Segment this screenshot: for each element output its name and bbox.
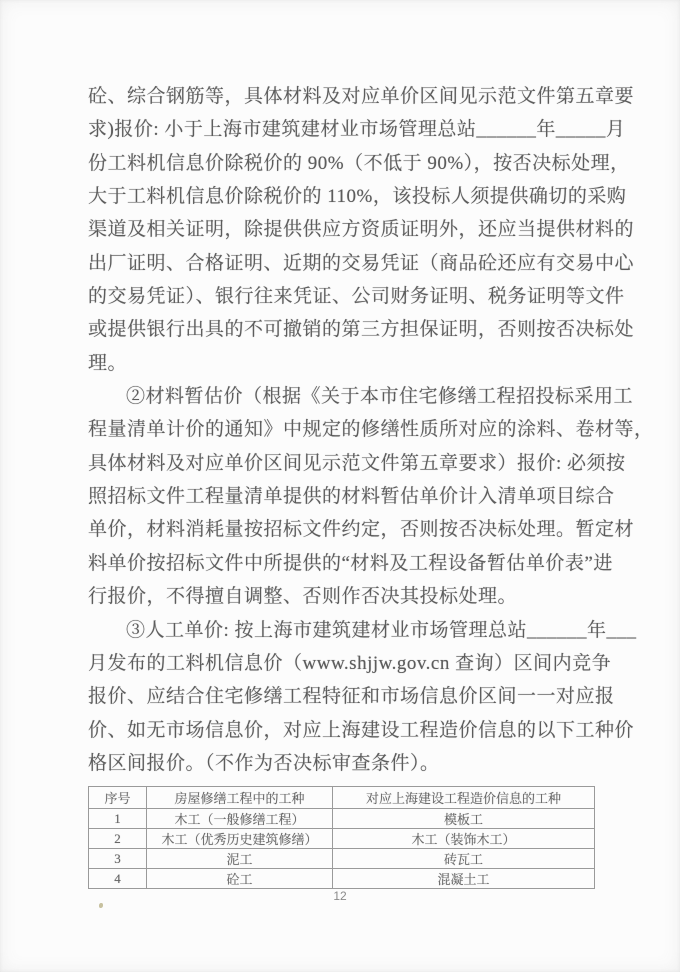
text-line: ③人工单价: 按上海市建筑建材业市场管理总站______年___ (88, 614, 592, 647)
text-line: 价、如无市场信息价，对应上海建设工程造价信息的以下工种价 (88, 714, 592, 747)
table-row: 3 泥工 砖瓦工 (89, 849, 595, 869)
text-line: 求)报价: 小于上海市建筑建材业市场管理总站______年_____月 (88, 113, 592, 146)
table-cell-repair-worker: 木工（优秀历史建筑修缮） (147, 829, 333, 849)
table-header-index: 序号 (89, 787, 147, 809)
text-line: ②材料暂估价（根据《关于本市住宅修缮工程招投标采用工 (88, 380, 592, 413)
table-header-row: 序号 房屋修缮工程中的工种 对应上海建设工程造价信息的工种 (89, 787, 595, 809)
table-row: 2 木工（优秀历史建筑修缮） 木工（装饰木工） (89, 829, 595, 849)
text-line: 行报价，不得擅自调整、否则作否决其投标处理。 (88, 580, 592, 613)
table-cell-repair-worker: 砼工 (147, 869, 333, 889)
table-row: 1 木工（一般修缮工程） 模板工 (89, 809, 595, 829)
text-line: 料单价按招标文件中所提供的“材料及工程设备暂估单价表”进 (88, 547, 592, 580)
text-line: 砼、综合钢筋等，具体材料及对应单价区间见示范文件第五章要 (88, 80, 592, 113)
table-cell-cost-info-worker: 混凝土工 (333, 869, 595, 889)
table-row: 4 砼工 混凝土工 (89, 869, 595, 889)
page-number: 12 (0, 889, 680, 903)
text-line: 照招标文件工程量清单提供的材料暂估单价计入清单项目综合 (88, 480, 592, 513)
table-header-cost-info-worker: 对应上海建设工程造价信息的工种 (333, 787, 595, 809)
table-cell-cost-info-worker: 模板工 (333, 809, 595, 829)
text-line: 出厂证明、合格证明、近期的交易凭证（商品砼还应有交易中心 (88, 247, 592, 280)
text-line: 格区间报价。（不作为否决标审查条件）。 (88, 747, 592, 780)
scan-artifact (99, 903, 103, 908)
text-line: 理。 (88, 347, 592, 380)
document-page: 砼、综合钢筋等，具体材料及对应单价区间见示范文件第五章要 求)报价: 小于上海市… (0, 0, 680, 972)
text-line: 单价，材料消耗量按招标文件约定，否则按否决标处理。暂定材 (88, 513, 592, 546)
worker-type-table: 序号 房屋修缮工程中的工种 对应上海建设工程造价信息的工种 1 木工（一般修缮工… (88, 786, 595, 889)
body-text: 砼、综合钢筋等，具体材料及对应单价区间见示范文件第五章要 求)报价: 小于上海市… (88, 80, 592, 780)
text-line: 月发布的工料机信息价（www.shjjw.gov.cn 查询）区间内竞争 (88, 647, 592, 680)
text-line: 大于工料机信息价除税价的 110%，该投标人须提供确切的采购 (88, 180, 592, 213)
text-line: 报价、应结合住宅修缮工程特征和市场信息价区间一一对应报 (88, 680, 592, 713)
table-cell-repair-worker: 泥工 (147, 849, 333, 869)
text-line: 程量清单计价的通知》中规定的修缮性质所对应的涂料、卷材等， (88, 413, 592, 446)
table-header-repair-worker: 房屋修缮工程中的工种 (147, 787, 333, 809)
text-line: 的交易凭证）、银行往来凭证、公司财务证明、税务证明等文件 (88, 280, 592, 313)
table-cell-index: 2 (89, 829, 147, 849)
text-line: 份工料机信息价除税价的 90%（不低于 90%），按否决标处理， (88, 147, 592, 180)
table-cell-cost-info-worker: 砖瓦工 (333, 849, 595, 869)
table-cell-index: 3 (89, 849, 147, 869)
table-cell-repair-worker: 木工（一般修缮工程） (147, 809, 333, 829)
text-line: 渠道及相关证明，除提供供应方资质证明外，还应当提供材料的 (88, 213, 592, 246)
table-cell-index: 4 (89, 869, 147, 889)
table-cell-index: 1 (89, 809, 147, 829)
table-cell-cost-info-worker: 木工（装饰木工） (333, 829, 595, 849)
text-line: 具体材料及对应单价区间见示范文件第五章要求）报价: 必须按 (88, 447, 592, 480)
text-line: 或提供银行出具的不可撤销的第三方担保证明，否则按否决标处 (88, 313, 592, 346)
